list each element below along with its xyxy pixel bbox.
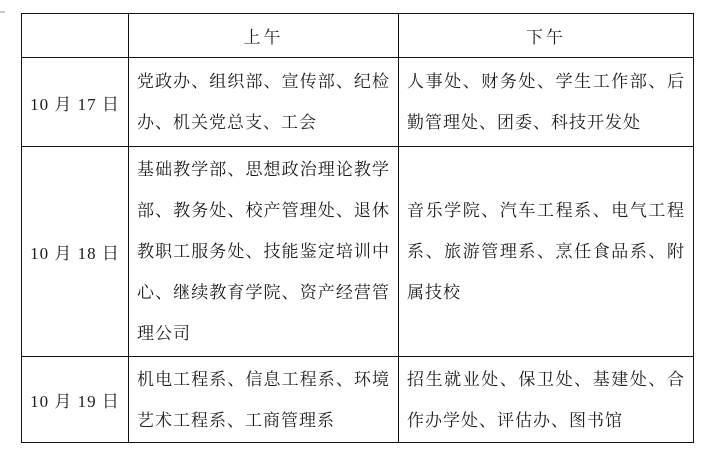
afternoon-cell: 招生就业处、保卫处、基建处、合作办学处、评估办、图书馆 xyxy=(399,357,694,443)
morning-cell: 机电工程系、信息工程系、环境艺术工程系、工商管理系 xyxy=(129,357,399,443)
afternoon-cell: 人事处、财务处、学生工作部、后勤管理处、团委、科技开发处 xyxy=(399,58,694,147)
morning-cell: 基础教学部、思想政治理论教学部、教务处、校产管理处、退休教职工服务处、技能鉴定培… xyxy=(129,147,399,357)
header-afternoon-cell: 下午 xyxy=(399,14,694,58)
table-row: 10 月 18 日 基础教学部、思想政治理论教学部、教务处、校产管理处、退休教职… xyxy=(22,147,694,357)
morning-cell: 党政办、组织部、宣传部、纪检办、机关党总支、工会 xyxy=(129,58,399,147)
afternoon-cell: 音乐学院、汽车工程系、电气工程系、旅游管理系、烹任食品系、附属技校 xyxy=(399,147,694,357)
table-row: 10 月 19 日 机电工程系、信息工程系、环境艺术工程系、工商管理系 招生就业… xyxy=(22,357,694,443)
header-morning-cell: 上午 xyxy=(129,14,399,58)
date-cell: 10 月 19 日 xyxy=(22,357,129,443)
header-row: 上午 下午 xyxy=(22,14,694,58)
date-cell: 10 月 17 日 xyxy=(22,58,129,147)
header-date-cell xyxy=(22,14,129,58)
schedule-table: 上午 下午 10 月 17 日 党政办、组织部、宣传部、纪检办、机关党总支、工会… xyxy=(21,13,694,443)
scan-artifact-mark xyxy=(0,11,5,13)
date-cell: 10 月 18 日 xyxy=(22,147,129,357)
table-row: 10 月 17 日 党政办、组织部、宣传部、纪检办、机关党总支、工会 人事处、财… xyxy=(22,58,694,147)
